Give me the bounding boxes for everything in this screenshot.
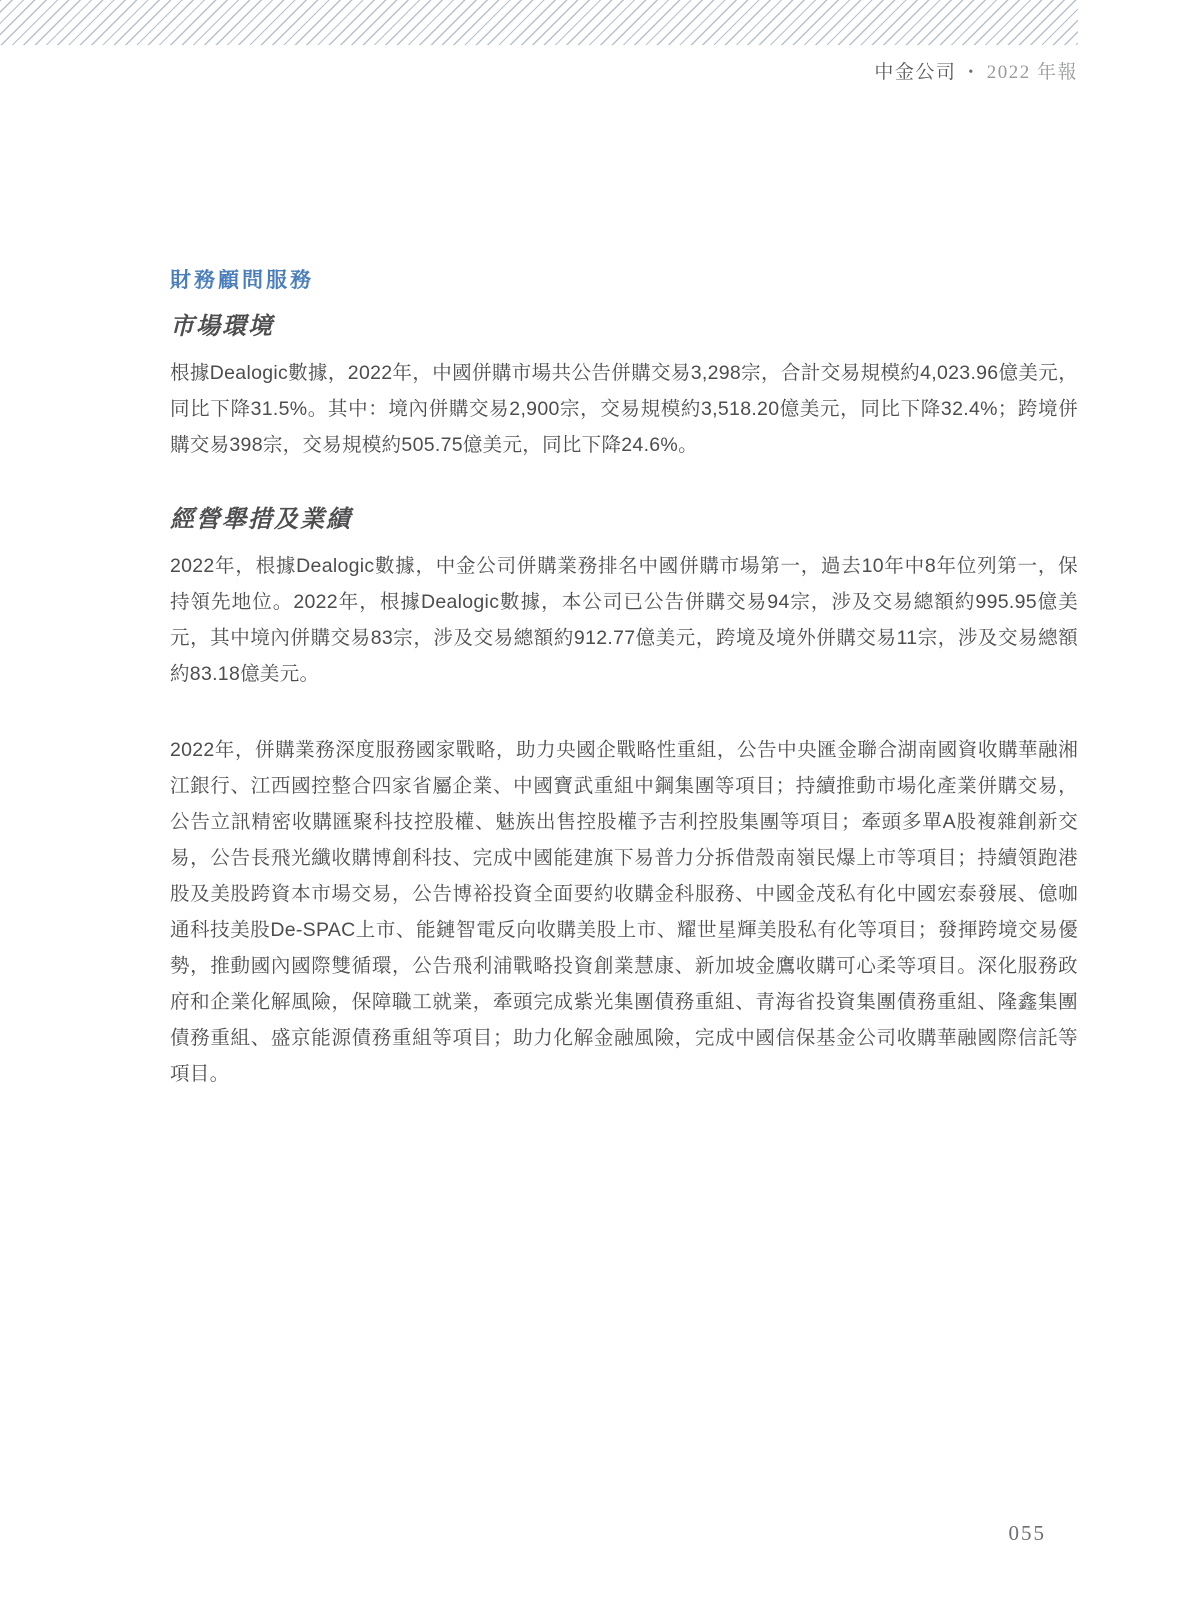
page-number: 055 (1009, 1521, 1047, 1546)
running-header: 中金公司•2022 年報 (874, 60, 1078, 86)
company-name: 中金公司 (874, 62, 956, 83)
report-edition: 2022 年報 (987, 62, 1078, 83)
subsection-heading-operations-results: 經營舉措及業績 (170, 505, 1078, 535)
paragraph-operations-results-1: 2022年，根據Dealogic數據，中金公司併購業務排名中國併購市場第一，過去… (170, 548, 1078, 692)
section-title: 財務顧問服務 (170, 268, 1078, 294)
paragraph-market-environment: 根據Dealogic數據，2022年，中國併購市場共公告併購交易3,298宗，合… (170, 355, 1078, 463)
page-content: 財務顧問服務 市場環境 根據Dealogic數據，2022年，中國併購市場共公告… (170, 268, 1078, 1092)
annual-report-page: 中金公司•2022 年報 財務顧問服務 市場環境 根據Dealogic數據，20… (0, 0, 1190, 1615)
subsection-heading-market-environment: 市場環境 (170, 312, 1078, 342)
header-stripe-pattern (0, 0, 1078, 45)
bullet-separator-icon: • (968, 60, 974, 86)
paragraph-operations-results-2: 2022年，併購業務深度服務國家戰略，助力央國企戰略性重組，公告中央匯金聯合湖南… (170, 732, 1078, 1092)
